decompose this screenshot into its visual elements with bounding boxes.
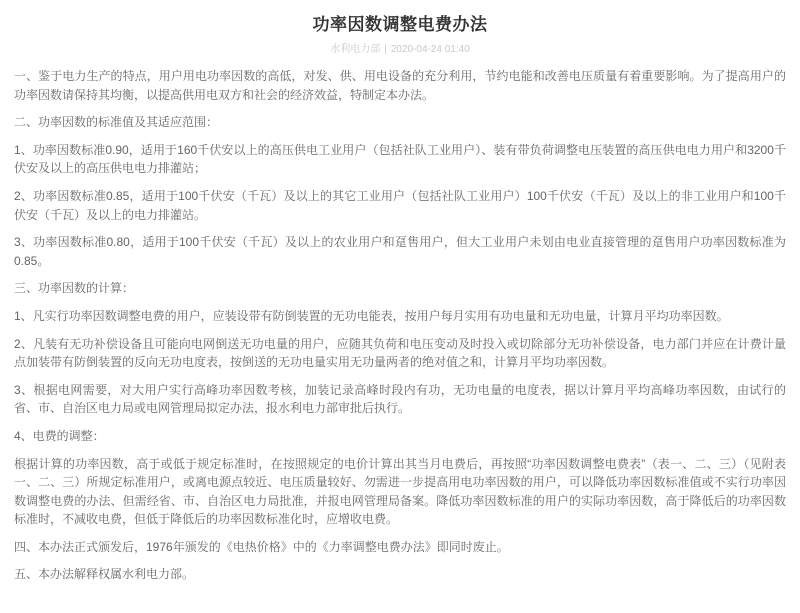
paragraph-section-2-item-1: 1、功率因数标准0.90，适用于160千伏安以上的高压供电工业用户（包括社队工业… <box>14 141 786 178</box>
paragraph-section-1: 一、鉴于电力生产的特点，用户用电功率因数的高低，对发、供、用电设备的充分利用，节… <box>14 67 786 104</box>
paragraph-section-3-item-4-heading: 4、电费的调整： <box>14 427 786 446</box>
meta-line: 水利电力部|2020-04-24 01:40 <box>14 40 786 55</box>
paragraph-fee-adjustment-body: 根据计算的功率因数，高于或低于规定标准时，在按照规定的电价计算出其当月电费后，再… <box>14 455 786 529</box>
document-page: 功率因数调整电费办法 水利电力部|2020-04-24 01:40 一、鉴于电力… <box>0 0 800 613</box>
document-header: 功率因数调整电费办法 水利电力部|2020-04-24 01:40 <box>14 8 786 55</box>
paragraph-section-3-item-1: 1、凡实行功率因数调整电费的用户，应装设带有防倒装置的无功电能表，按用户每月实用… <box>14 307 786 326</box>
meta-separator: | <box>384 44 387 55</box>
paragraph-section-2-item-2: 2、功率因数标准0.85，适用于100千伏安（千瓦）及以上的其它工业用户（包括社… <box>14 187 786 224</box>
paragraph-section-5: 五、本办法解释权属水利电力部。 <box>14 565 786 584</box>
paragraph-section-4: 四、本办法正式颁发后，1976年颁发的《电热价格》中的《力率调整电费办法》即同时… <box>14 538 786 557</box>
paragraph-section-3-item-2: 2、凡装有无功补偿设备且可能向电网倒送无功电量的用户，应随其负荷和电压变动及时投… <box>14 335 786 372</box>
page-title: 功率因数调整电费办法 <box>14 8 786 35</box>
paragraph-section-3-item-3: 3、根据电网需要，对大用户实行高峰功率因数考核，加装记录高峰时段内有功，无功电量… <box>14 381 786 418</box>
meta-source: 水利电力部 <box>330 44 380 55</box>
paragraph-section-2-heading: 二、功率因数的标准值及其适应范围： <box>14 113 786 132</box>
paragraph-section-3-heading: 三、功率因数的计算： <box>14 279 786 298</box>
meta-datetime: 2020-04-24 01:40 <box>391 44 470 55</box>
document-body: 一、鉴于电力生产的特点，用户用电功率因数的高低，对发、供、用电设备的充分利用，节… <box>14 67 786 584</box>
paragraph-section-2-item-3: 3、功率因数标准0.80，适用于100千伏安（千瓦）及以上的农业用户和趸售用户，… <box>14 233 786 270</box>
